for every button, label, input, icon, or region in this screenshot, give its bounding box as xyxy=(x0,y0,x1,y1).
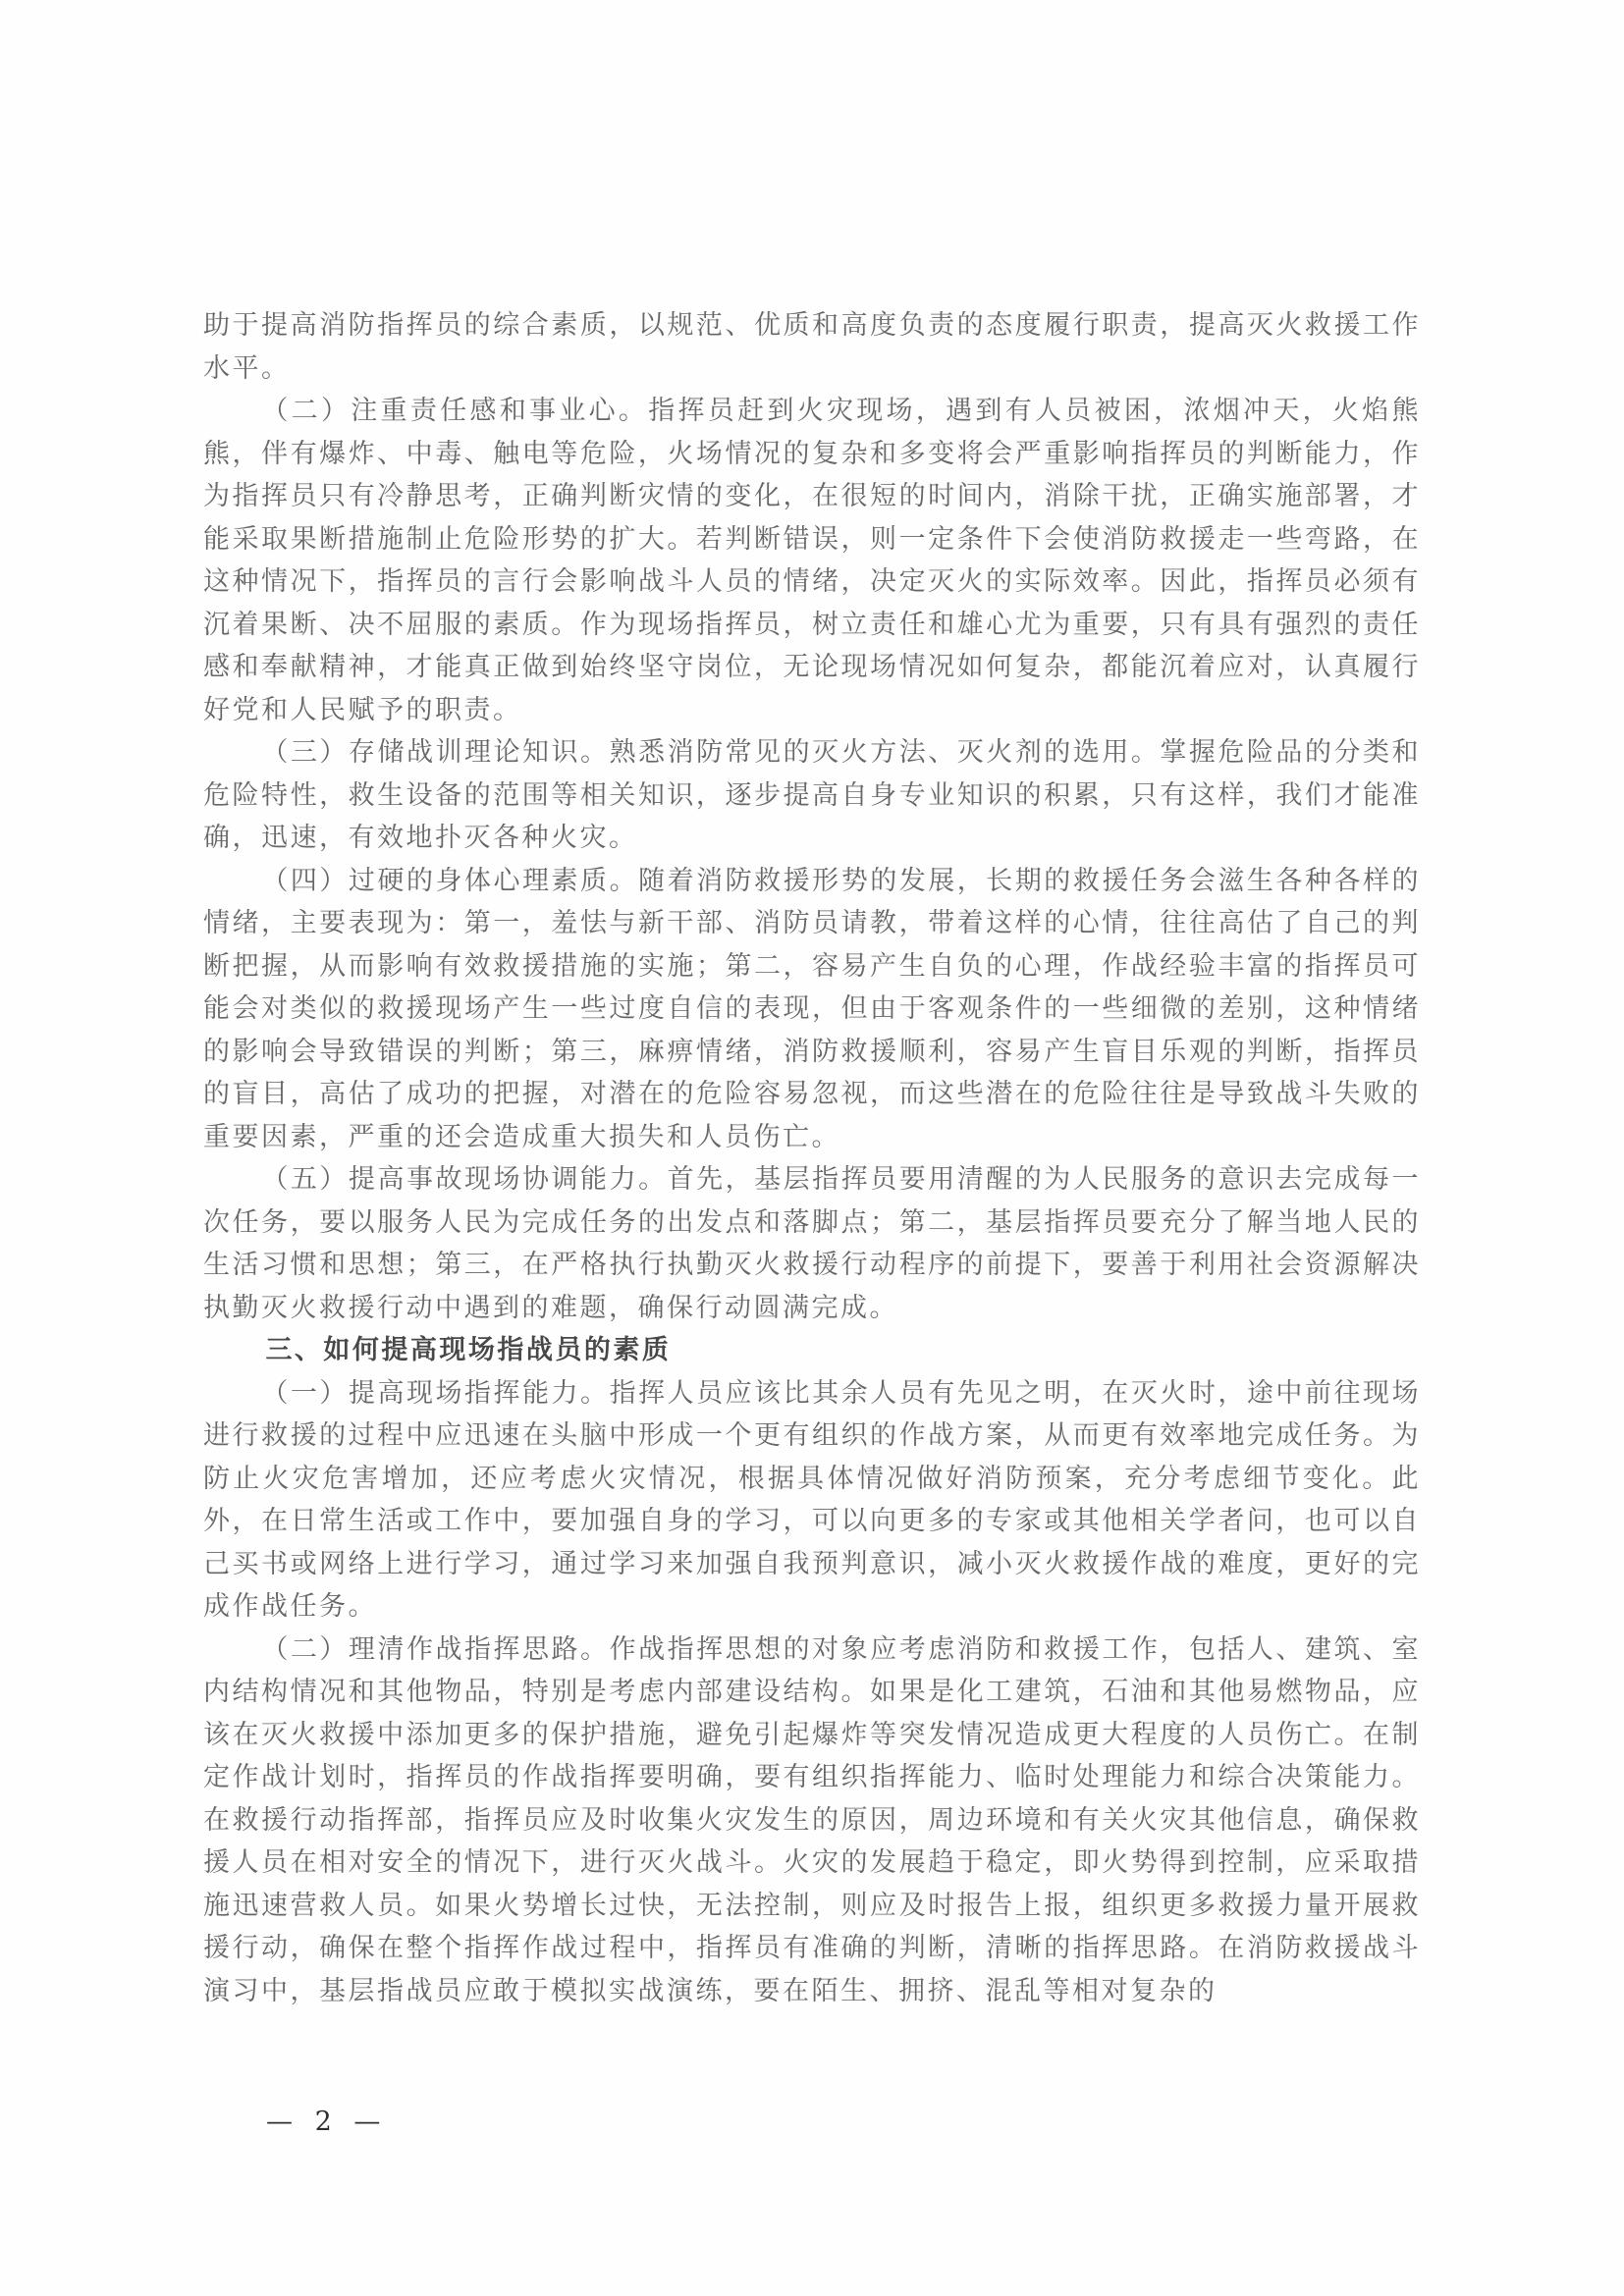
page-number: — 2 — xyxy=(266,2107,387,2137)
paragraph: （五）提高事故现场协调能力。首先，基层指挥员要用清醒的为人民服务的意识去完成每一… xyxy=(203,1158,1421,1329)
document-page: 助于提高消防指挥员的综合素质，以规范、优质和高度负责的态度履行职责，提高灭火救援… xyxy=(0,0,1624,2296)
paragraph: （二）理清作战指挥思路。作战指挥思想的对象应考虑消防和救援工作，包括人、建筑、室… xyxy=(203,1629,1421,2013)
paragraph: （一）提高现场指挥能力。指挥人员应该比其余人员有先见之明，在灭火时，途中前往现场… xyxy=(203,1372,1421,1629)
paragraph: （四）过硬的身体心理素质。随着消防救援形势的发展，长期的救援任务会滋生各种各样的… xyxy=(203,860,1421,1159)
document-body: 助于提高消防指挥员的综合素质，以规范、优质和高度负责的态度履行职责，提高灭火救援… xyxy=(203,304,1421,2012)
paragraph: （二）注重责任感和事业心。指挥员赶到火灾现场，遇到有人员被困，浓烟冲天，火焰熊熊… xyxy=(203,390,1421,731)
section-heading: 三、如何提高现场指战员的素质 xyxy=(203,1329,1421,1372)
paragraph-continuation: 助于提高消防指挥员的综合素质，以规范、优质和高度负责的态度履行职责，提高灭火救援… xyxy=(203,304,1421,390)
paragraph: （三）存储战训理论知识。熟悉消防常见的灭火方法、灭火剂的选用。掌握危险品的分类和… xyxy=(203,731,1421,860)
